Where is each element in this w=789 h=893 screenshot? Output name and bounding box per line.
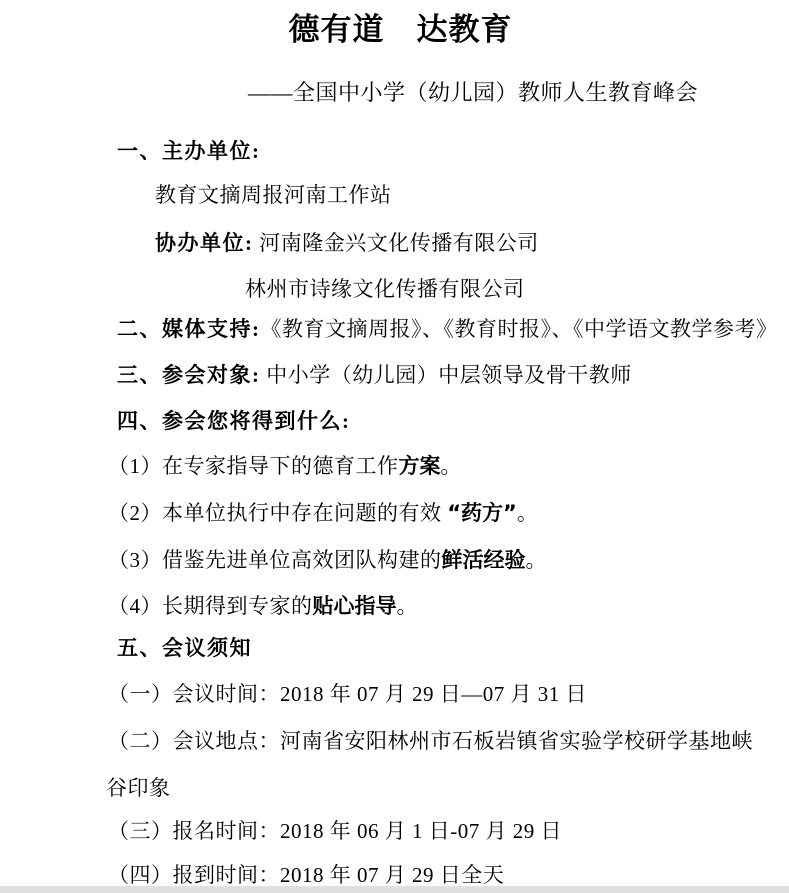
benefit-3-text: （3）借鉴先进单位高效团队构建的 bbox=[108, 548, 442, 572]
section-notice-heading: 五、会议须知 bbox=[117, 636, 252, 660]
benefit-item-3: （3）借鉴先进单位高效团队构建的鲜活经验。 bbox=[108, 548, 547, 572]
section-audience-line: 三、参会对象: 中小学（幼儿园）中层领导及骨干教师 bbox=[117, 363, 632, 387]
audience-label: 三、参会对象: bbox=[117, 363, 261, 387]
benefit-2-period: 。 bbox=[517, 501, 539, 525]
notice-meeting-time: （一）会议时间：2018 年 07 月 29 日—07 月 31 日 bbox=[108, 682, 587, 706]
benefit-item-2: （2）本单位执行中存在问题的有效 “药方”。 bbox=[108, 501, 538, 525]
notice-signup-time: （三）报名时间：2018 年 06 月 1 日-07 月 29 日 bbox=[108, 819, 562, 843]
benefit-item-4: （4）长期得到专家的贴心指导。 bbox=[108, 594, 418, 618]
audience-value: 中小学（幼儿园）中层领导及骨干教师 bbox=[261, 363, 632, 387]
benefit-1-text: （1）在专家指导下的德育工作 bbox=[108, 454, 399, 478]
section-benefits-heading: 四、参会您将得到什么: bbox=[117, 409, 351, 433]
benefit-1-emphasis: 方案 bbox=[399, 454, 441, 478]
organizer-host: 教育文摘周报河南工作站 bbox=[155, 183, 392, 207]
doc-title: 德有道 达教育 bbox=[0, 13, 789, 47]
doc-subtitle: ——全国中小学（幼儿园）教师人生教育峰会 bbox=[248, 81, 698, 105]
co-organizer-line: 协办单位: 河南隆金兴文化传播有限公司 bbox=[155, 231, 539, 255]
benefit-4-emphasis: 贴心指导 bbox=[313, 594, 397, 618]
benefit-2-emphasis: “药方” bbox=[447, 501, 517, 525]
section-organizer-heading: 一、主办单位: bbox=[117, 139, 261, 163]
co-organizer-label: 协办单位: bbox=[155, 231, 254, 255]
co-organizer-value: 河南隆金兴文化传播有限公司 bbox=[254, 231, 539, 255]
benefit-4-text: （4）长期得到专家的 bbox=[108, 594, 313, 618]
page-bottom-edge bbox=[0, 886, 789, 893]
benefit-item-1: （1）在专家指导下的德育工作方案。 bbox=[108, 454, 462, 478]
notice-meeting-place-line2: 谷印象 bbox=[106, 776, 171, 800]
benefit-3-period: 。 bbox=[526, 548, 548, 572]
co-organizer-value-2: 林州市诗缘文化传播有限公司 bbox=[245, 277, 525, 301]
benefit-1-period: 。 bbox=[441, 454, 463, 478]
media-value: 《教育文摘周报》、《教育时报》、《中学语文教学参考》 bbox=[261, 317, 778, 341]
notice-checkin-time: （四）报到时间：2018 年 07 月 29 日全天 bbox=[108, 863, 504, 887]
benefit-4-period: 。 bbox=[397, 594, 419, 618]
benefit-3-emphasis: 鲜活经验 bbox=[442, 548, 526, 572]
media-label: 二、媒体支持: bbox=[117, 317, 261, 341]
benefit-2-text: （2）本单位执行中存在问题的有效 bbox=[108, 501, 447, 525]
section-media-line: 二、媒体支持:《教育文摘周报》、《教育时报》、《中学语文教学参考》 bbox=[117, 317, 778, 341]
notice-meeting-place-line1: （二）会议地点：河南省安阳林州市石板岩镇省实验学校研学基地峡 bbox=[108, 729, 753, 753]
document-page: 德有道 达教育 ——全国中小学（幼儿园）教师人生教育峰会 一、主办单位: 教育文… bbox=[0, 0, 789, 893]
